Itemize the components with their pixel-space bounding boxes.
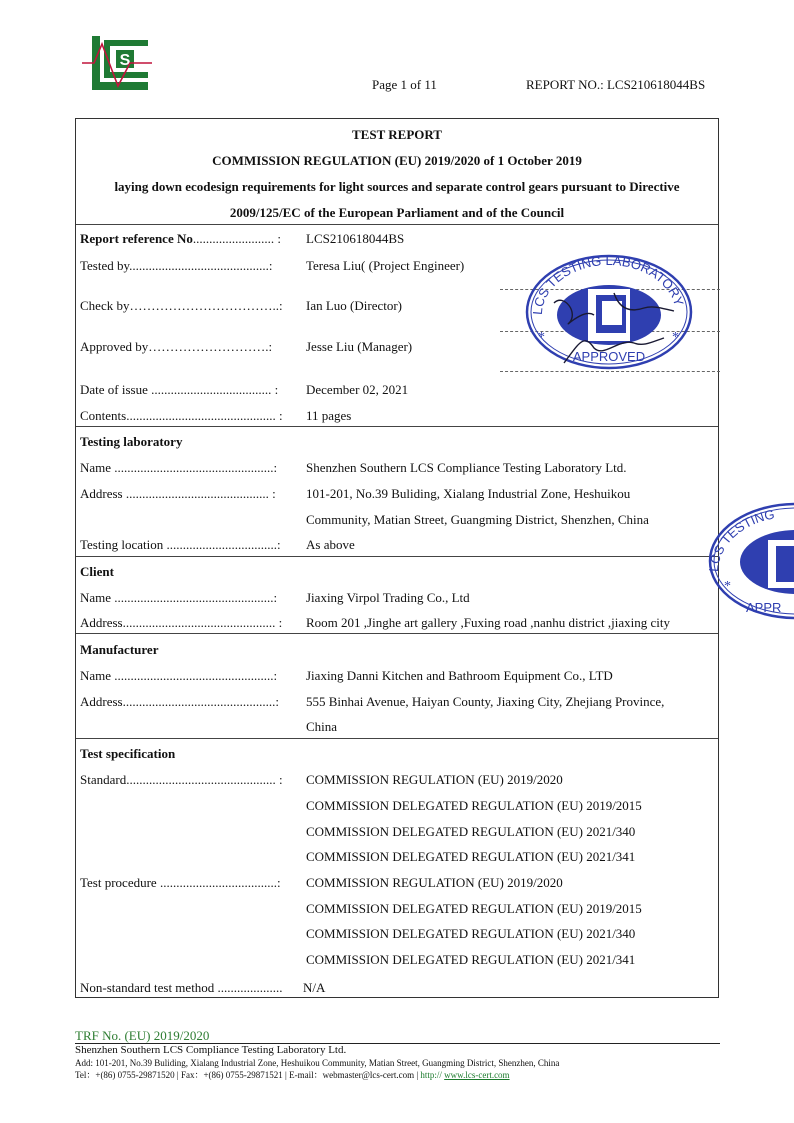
contents-label: Contents................................… [80, 408, 283, 424]
manufacturer-address-value-1: 555 Binhai Avenue, Haiyan County, Jiaxin… [306, 694, 664, 710]
manufacturer-address-value-2: China [306, 719, 337, 735]
check-by-value: Ian Luo (Director) [306, 298, 402, 314]
standard-value: COMMISSION DELEGATED REGULATION (EU) 201… [306, 798, 642, 814]
regulation-subtitle-2: 2009/125/EC of the European Parliament a… [76, 205, 718, 221]
approved-by-value: Jesse Liu (Manager) [306, 339, 412, 355]
standard-value: COMMISSION DELEGATED REGULATION (EU) 202… [306, 824, 635, 840]
tested-by-value: Teresa Liu( (Project Engineer) [306, 258, 464, 274]
footer-contact: Tel：+(86) 0755-29871520 | Fax：+(86) 0755… [75, 1069, 720, 1081]
report-ref-label: Report reference No.....................… [80, 231, 281, 247]
svg-text:*: * [724, 579, 731, 594]
test-specification-heading: Test specification [80, 746, 175, 762]
lab-name-value: Shenzhen Southern LCS Compliance Testing… [306, 460, 627, 476]
lcs-logo-icon: S [82, 36, 152, 90]
lab-address-value-2: Community, Matian Street, Guangming Dist… [306, 512, 649, 528]
standard-value: COMMISSION REGULATION (EU) 2019/2020 [306, 772, 563, 788]
testing-location-value: As above [306, 537, 355, 553]
client-address-label: Address.................................… [80, 615, 282, 631]
manufacturer-name-value: Jiaxing Danni Kitchen and Bathroom Equip… [306, 668, 613, 684]
lab-address-label: Address ................................… [80, 486, 276, 502]
approval-stamp-icon: LCS TESTING LABORATORY APPROVED * * [524, 253, 694, 371]
manufacturer-name-label: Name ...................................… [80, 668, 277, 684]
date-of-issue-value: December 02, 2021 [306, 382, 408, 398]
testing-location-label: Testing location .......................… [80, 537, 281, 553]
approved-by-label: Approved by……………………….: [80, 339, 272, 355]
client-address-value: Room 201 ,Jinghe art gallery ,Fuxing roa… [306, 615, 670, 631]
test-procedure-label: Test procedure .........................… [80, 875, 281, 891]
page-number: Page 1 of 11 [372, 77, 437, 93]
test-procedure-value: COMMISSION REGULATION (EU) 2019/2020 [306, 875, 563, 891]
svg-text:APPROVED: APPROVED [573, 349, 645, 364]
trf-number: TRF No. (EU) 2019/2020 [75, 1028, 720, 1043]
standard-value: COMMISSION DELEGATED REGULATION (EU) 202… [306, 849, 635, 865]
divider [76, 556, 718, 557]
svg-text:*: * [672, 330, 679, 345]
report-number: REPORT NO.: LCS210618044BS [526, 77, 705, 93]
divider [76, 224, 718, 225]
test-procedure-value: COMMISSION DELEGATED REGULATION (EU) 202… [306, 926, 635, 942]
manufacturer-heading: Manufacturer [80, 642, 158, 658]
footer-company: Shenzhen Southern LCS Compliance Testing… [75, 1044, 720, 1057]
report-title: TEST REPORT [76, 127, 718, 143]
tested-by-label: Tested by...............................… [80, 258, 273, 274]
contents-value: 11 pages [306, 408, 351, 424]
client-name-value: Jiaxing Virpol Trading Co., Ltd [306, 590, 470, 606]
nonstandard-method-value: N/A [303, 980, 325, 996]
page-footer: TRF No. (EU) 2019/2020 Shenzhen Southern… [75, 1028, 720, 1081]
check-by-label: Check by……………………………..: [80, 298, 283, 314]
report-cover-table: TEST REPORT COMMISSION REGULATION (EU) 2… [75, 118, 719, 998]
test-procedure-value: COMMISSION DELEGATED REGULATION (EU) 201… [306, 901, 642, 917]
svg-text:*: * [538, 330, 545, 345]
svg-text:APPR: APPR [746, 600, 781, 615]
client-name-label: Name ...................................… [80, 590, 277, 606]
date-of-issue-label: Date of issue ..........................… [80, 382, 278, 398]
edge-stamp-icon: LCS TESTING APPR * [706, 502, 794, 620]
regulation-subtitle-1: laying down ecodesign requirements for l… [76, 179, 718, 195]
client-heading: Client [80, 564, 114, 580]
lab-address-value-1: 101-201, No.39 Buliding, Xialang Industr… [306, 486, 630, 502]
website-link[interactable]: www.lcs-cert.com [444, 1070, 509, 1080]
divider [76, 633, 718, 634]
testing-laboratory-heading: Testing laboratory [80, 434, 182, 450]
test-procedure-value: COMMISSION DELEGATED REGULATION (EU) 202… [306, 952, 635, 968]
regulation-title: COMMISSION REGULATION (EU) 2019/2020 of … [76, 153, 718, 169]
nonstandard-method-label: Non-standard test method ...............… [80, 980, 283, 996]
divider [76, 738, 718, 739]
signature-line [500, 371, 720, 372]
report-ref-value: LCS210618044BS [306, 231, 404, 247]
footer-address: Add: 101-201, No.39 Buliding, Xialang In… [75, 1057, 720, 1069]
divider [76, 426, 718, 427]
manufacturer-address-label: Address.................................… [80, 694, 279, 710]
standard-label: Standard................................… [80, 772, 283, 788]
lab-name-label: Name ...................................… [80, 460, 277, 476]
